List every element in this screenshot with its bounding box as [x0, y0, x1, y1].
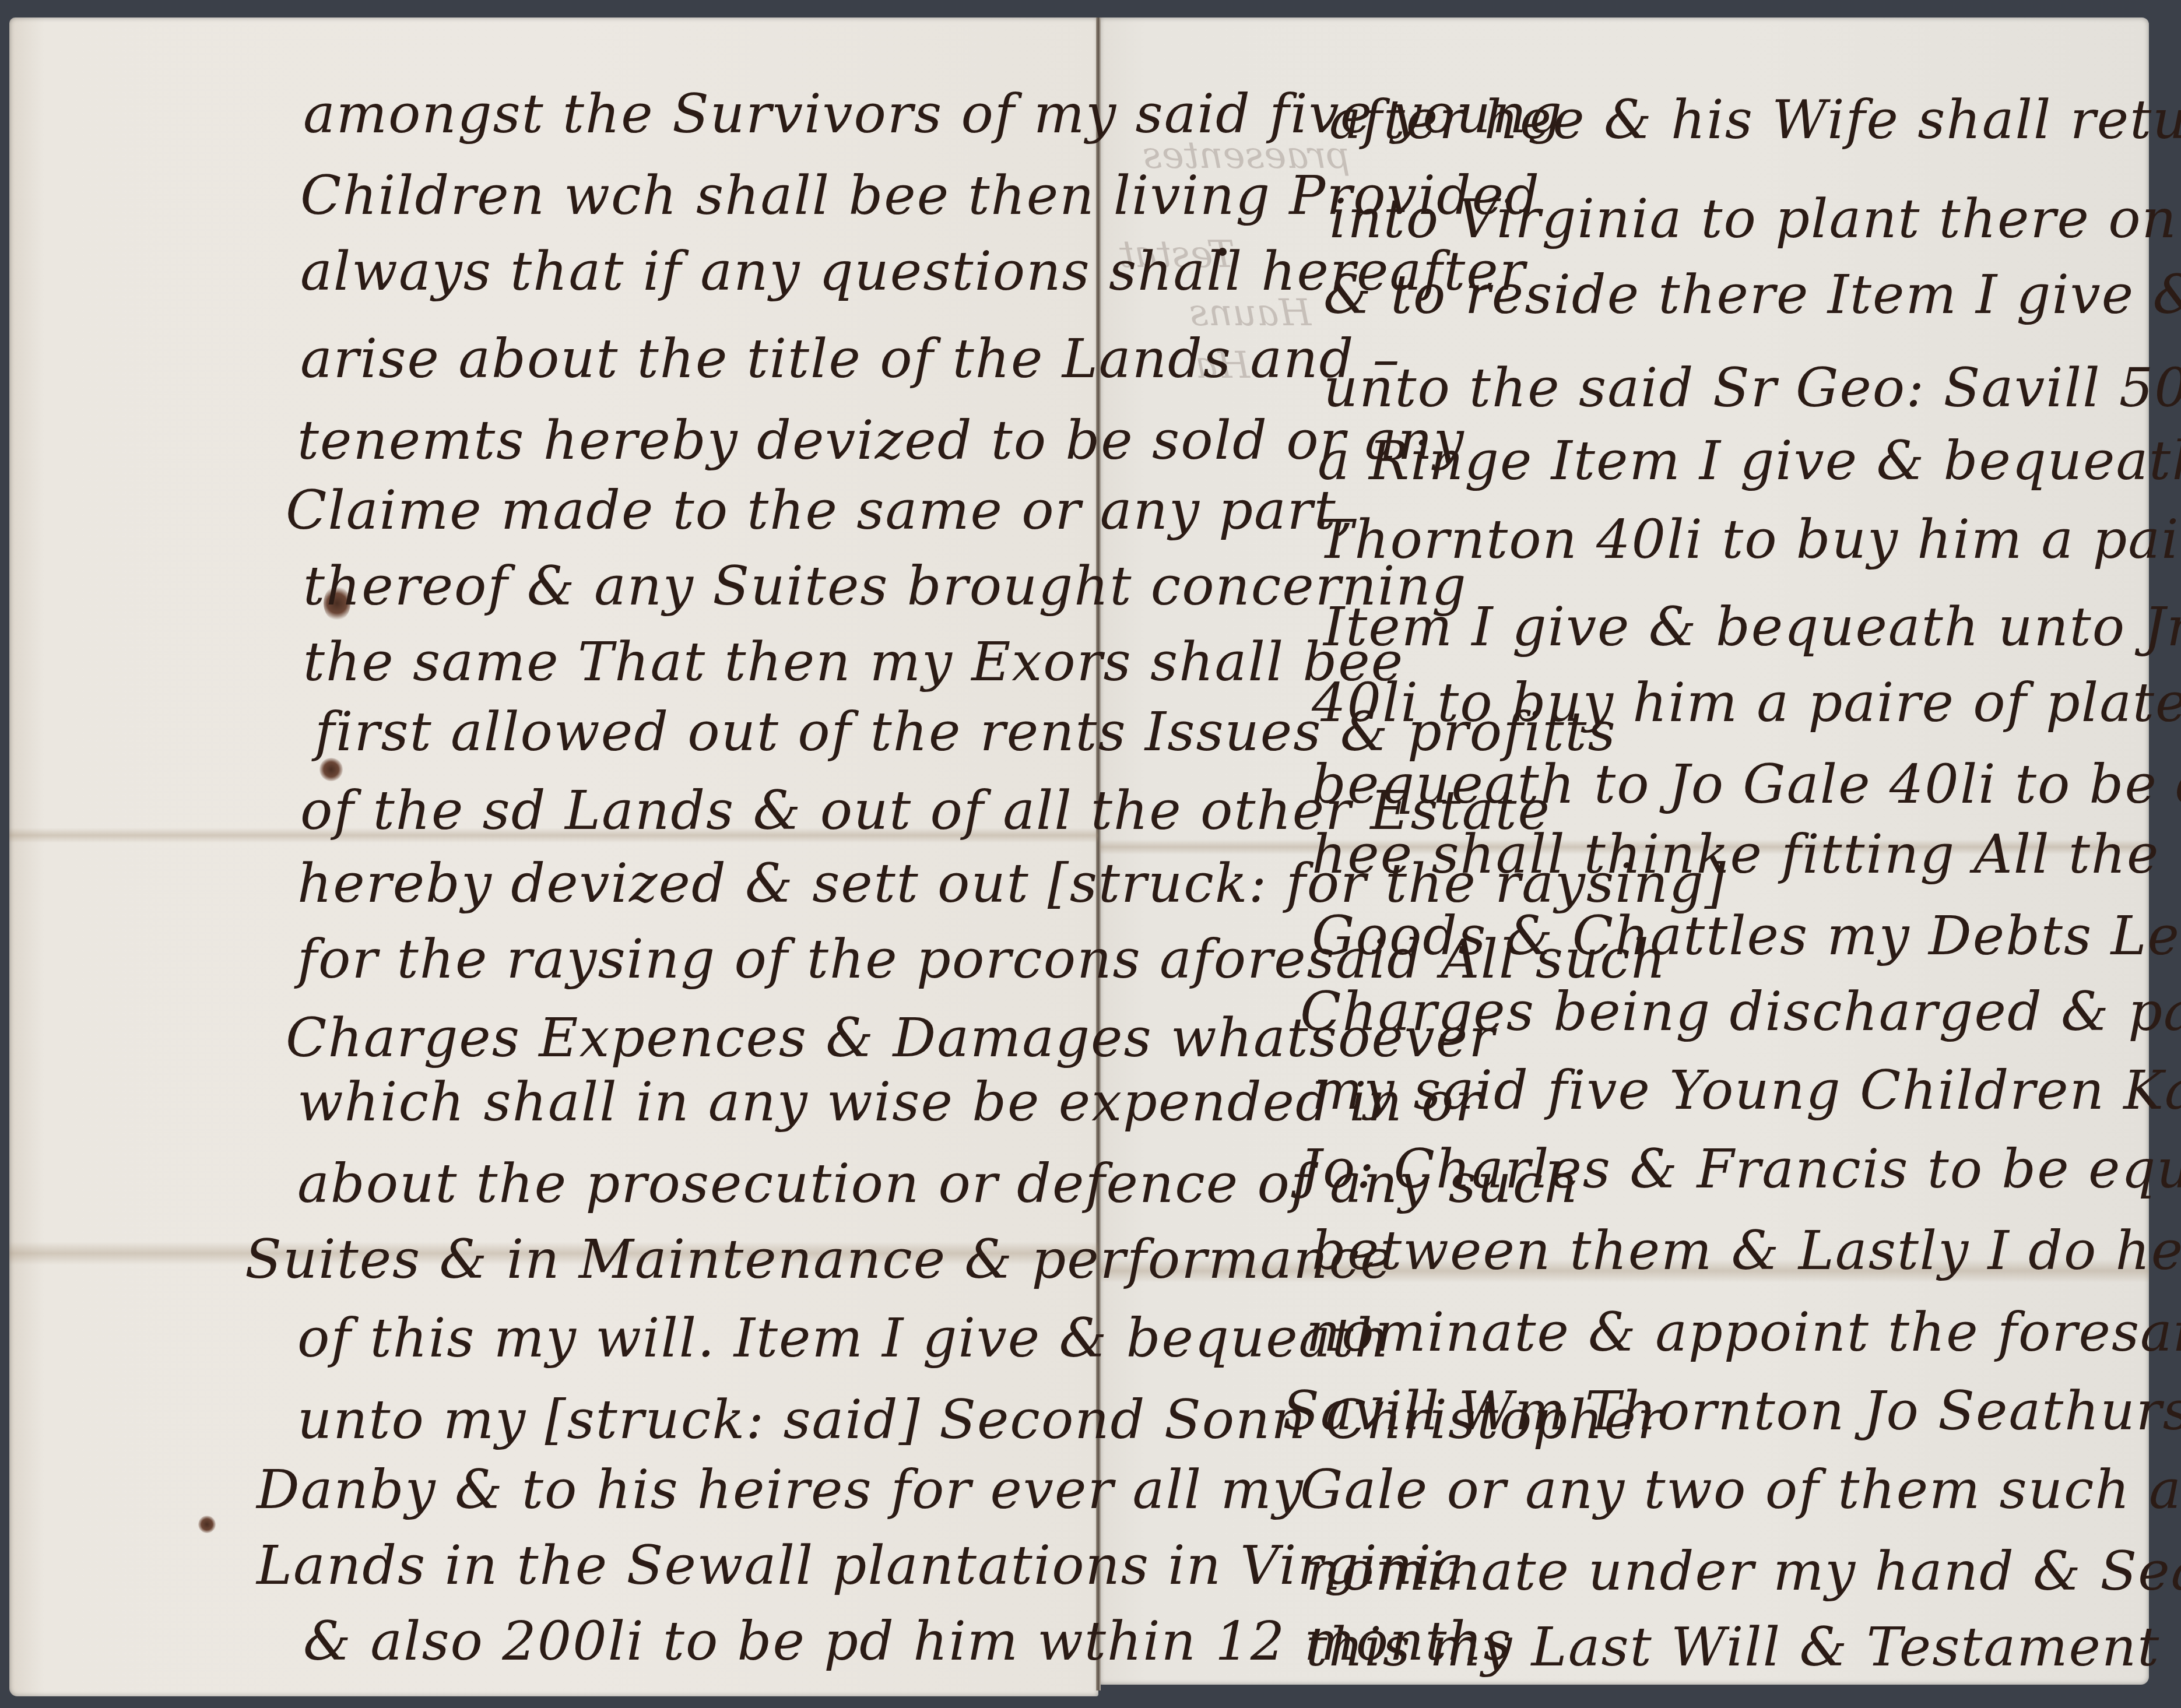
manuscript-line: between them & Lastly I do hereby consti… — [1312, 1224, 2181, 1278]
manuscript-line: bequeath to Jo Gale 40li to be disposed … — [1312, 758, 2181, 811]
manuscript-line: tenemts hereby devized to be sold or any — [297, 414, 1465, 468]
manuscript-line: into Virginia to plant there on the said… — [1329, 192, 2181, 246]
manuscript-line: Lands in the Sewall plantations in Virgi… — [257, 1539, 1465, 1593]
manuscript-line: Item I give & bequeath unto Jno Seathurs… — [1323, 600, 2181, 654]
ink-stain — [198, 1516, 216, 1533]
manuscript-line: which shall in any wise be expended in o… — [297, 1076, 1481, 1129]
manuscript-line: & to reside there Item I give & bequeath — [1323, 268, 2181, 322]
manuscript-line: nominate & appoint the foresaid Sr Georg… — [1306, 1306, 2181, 1359]
manuscript-line: Suites & in Maintenance & performance — [245, 1233, 1393, 1287]
manuscript-line: Savill Wm Thornton Jo Seathurst & Jo — [1283, 1384, 2181, 1438]
manuscript-line: Jo: Charles & Francis to be equally divi… — [1300, 1143, 2181, 1196]
manuscript-line: Gale or any two of them such as I shall — [1300, 1463, 2181, 1517]
manuscript-line: Thornton 40li to buy him a paire of plat… — [1318, 513, 2181, 567]
manuscript-line: Goods & Chattles my Debts Legacies & fun… — [1312, 909, 2181, 963]
manuscript-line: after hee & his Wife shall returne again… — [1329, 93, 2181, 147]
manuscript-line: the same That then my Exors shall bee — [303, 635, 1404, 689]
manuscript-line: Danby & to his heires for ever all my — [257, 1463, 1304, 1517]
manuscript-line: of this my will. Item I give & bequeath — [297, 1312, 1390, 1365]
manuscript-line: nominate under my hand & Seale Exors of — [1306, 1545, 2181, 1598]
manuscript-line: 40li to buy him a paire of plate I give … — [1312, 676, 2181, 730]
manuscript-line: unto the said Sr Geo: Savill 50li to buy… — [1323, 361, 2181, 415]
manuscript-line: a Ringe Item I give & bequeath unto Will… — [1318, 434, 2181, 488]
manuscript-line: my said five Young Children Katherine Al… — [1312, 1064, 2181, 1117]
manuscript-line: hee shall thinke fitting All the rest of… — [1312, 828, 2181, 881]
manuscript-line: this my Last Will & Testament — [1306, 1621, 2160, 1674]
manuscript-line: Claime made to the same or any part, — [286, 484, 1355, 537]
manuscript-line: arise about the title of the Lands and – — [300, 332, 1401, 386]
manuscript-line: thereof & any Suites brought concerning — [303, 560, 1467, 613]
manuscript-line: Charges being discharged & paid I give u… — [1300, 985, 2181, 1039]
